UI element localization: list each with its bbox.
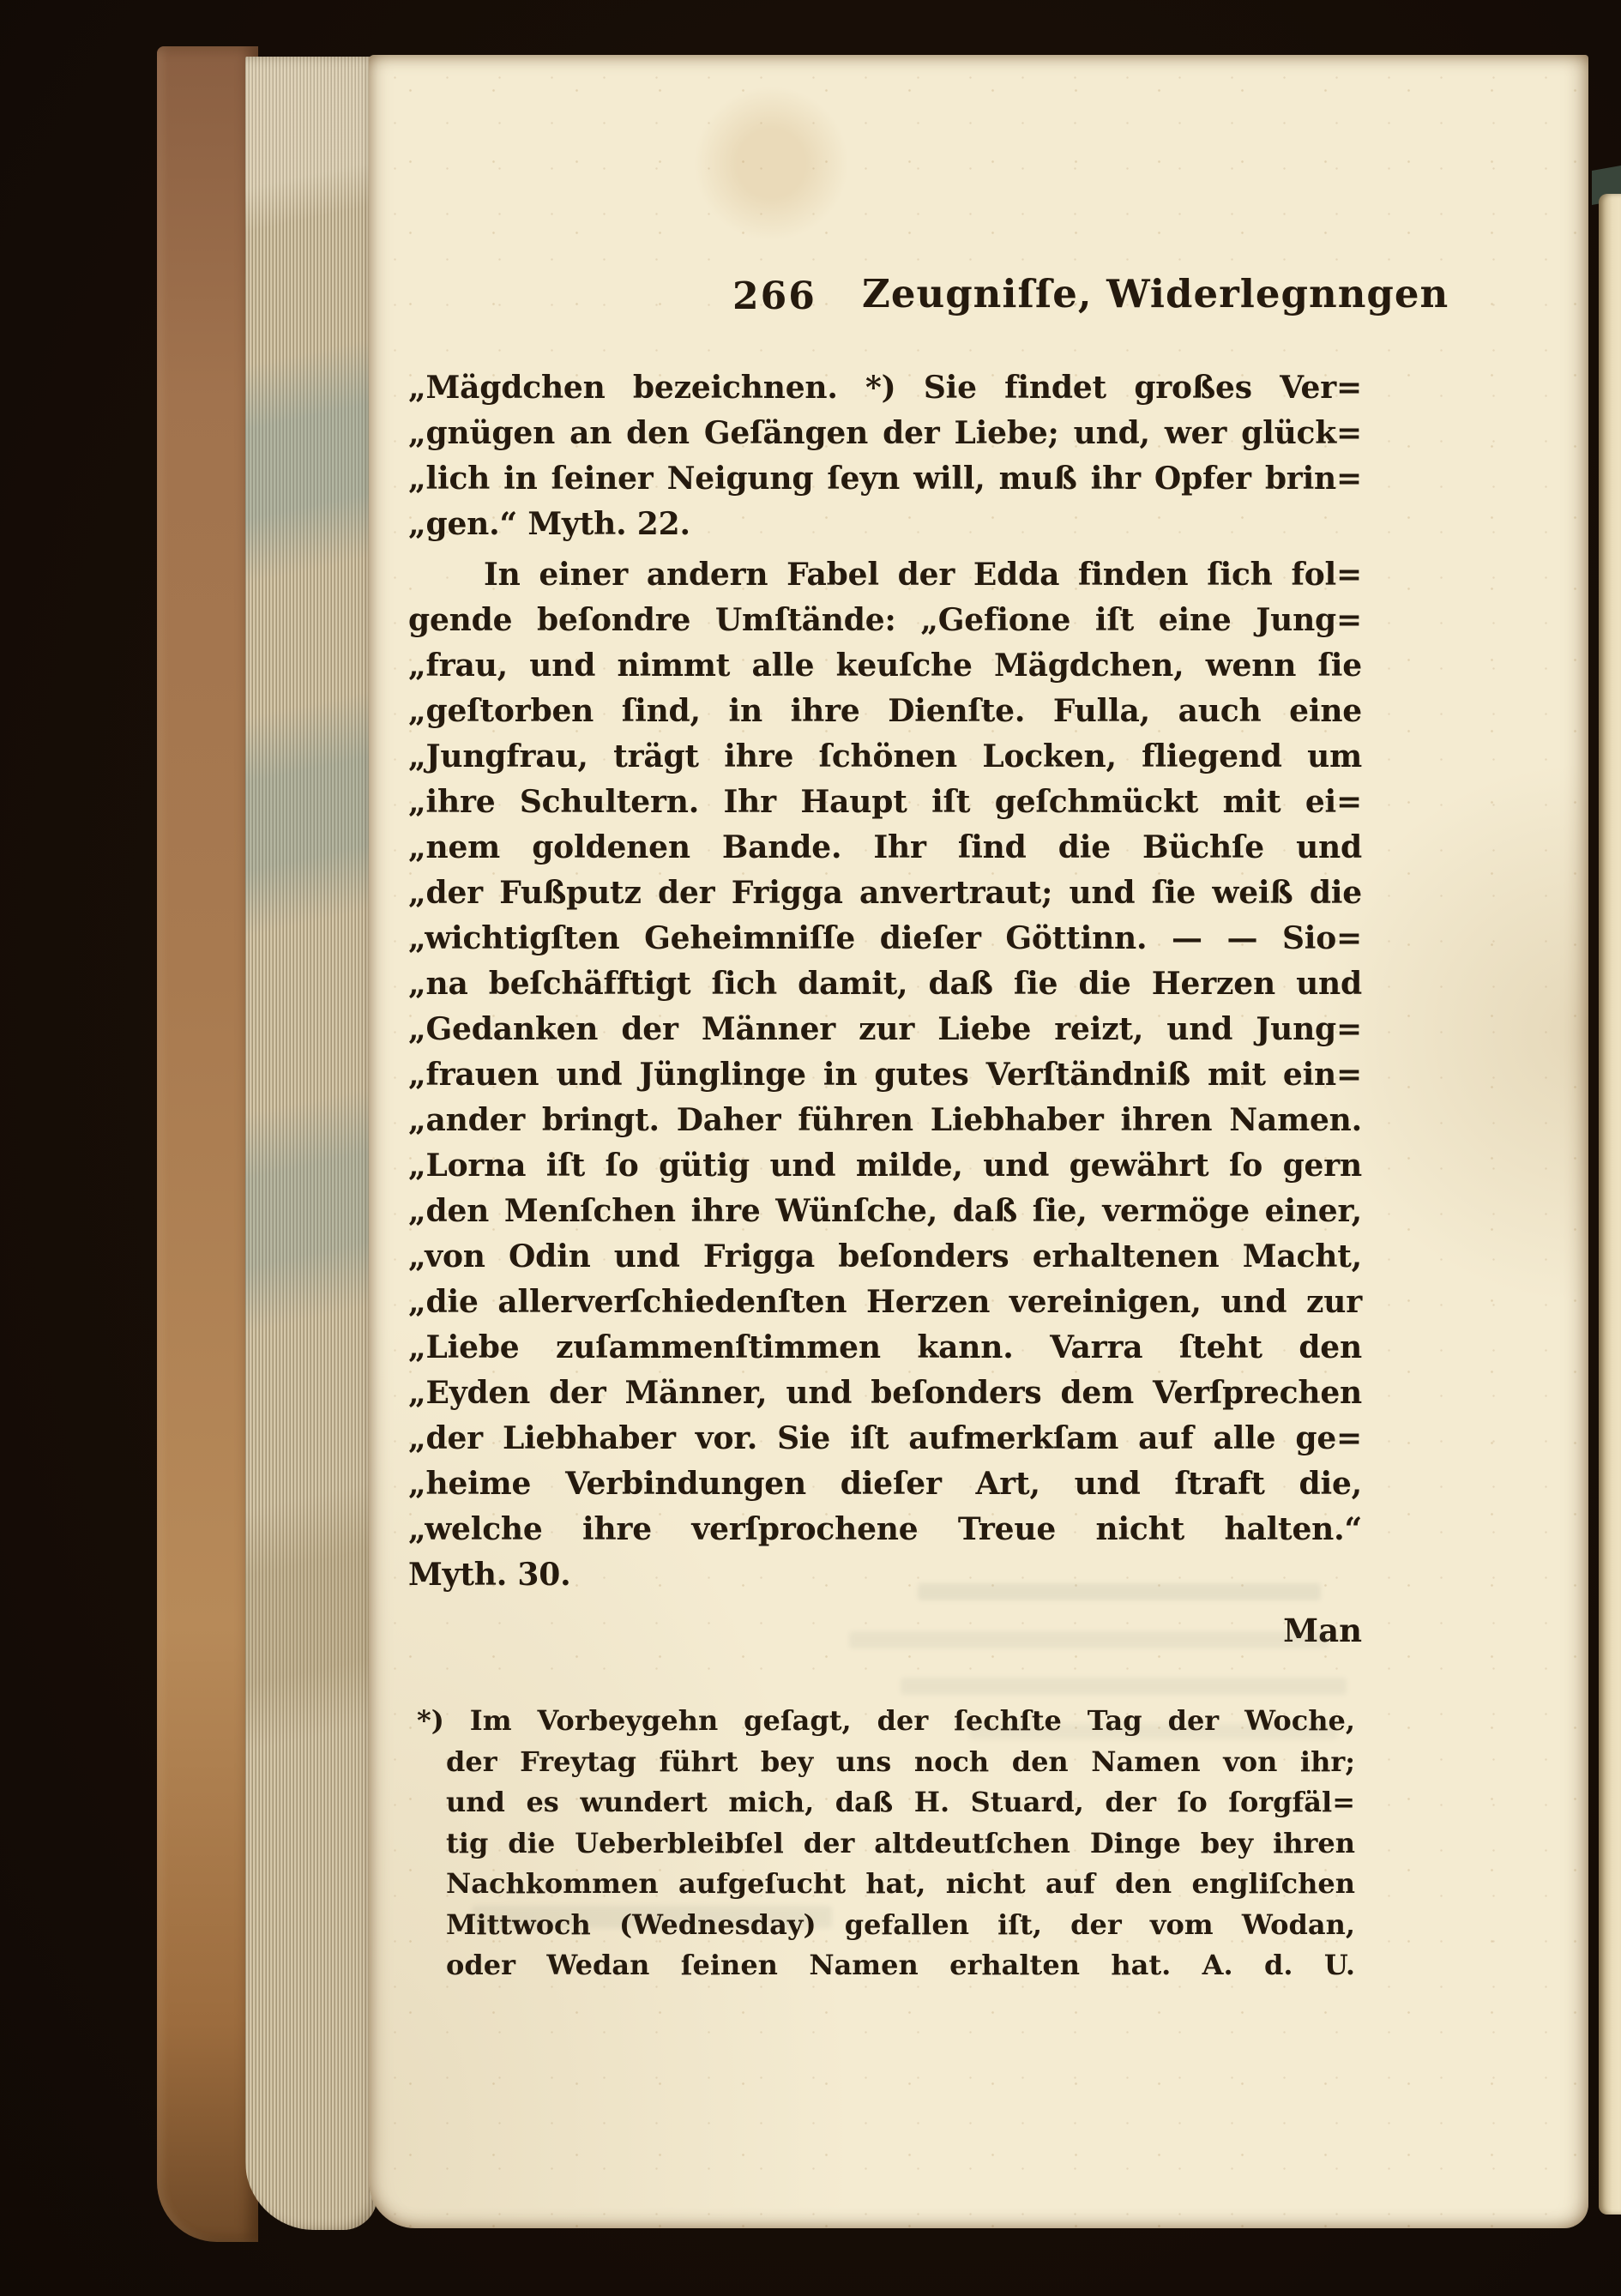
- running-title: Zeugniſſe, Widerlegnngen: [862, 271, 1449, 316]
- photograph-background: 266 Zeugniſſe, Widerlegnngen „Mägdchen b…: [0, 0, 1621, 2296]
- text-line: „welche ihre verſprochene Treue nicht ha…: [408, 1507, 1362, 1552]
- text-line: „der Liebhaber vor. Sie iſt aufmerkſam a…: [408, 1416, 1362, 1461]
- footnote-line: der Freytag führt bey uns noch den Namen…: [446, 1742, 1355, 1783]
- text-line: „nem goldenen Bande. Ihr ſind die Büchſe…: [408, 825, 1362, 871]
- book-fore-edge-pages: [245, 57, 377, 2230]
- bleed-through-ghost: [918, 1583, 1321, 1600]
- text-line: „von Odin und Frigga beſonders erhaltene…: [408, 1234, 1362, 1280]
- text-line: „na beſchäfftigt ſich damit, daß ſie die…: [408, 961, 1362, 1007]
- text-line: In einer andern Fabel der Edda finden ſi…: [408, 552, 1362, 598]
- text-line: „Liebe zuſammenſtimmen kann. Varra ſteht…: [408, 1325, 1362, 1371]
- text-line: „Lorna iſt ſo gütig und milde, und gewäh…: [408, 1143, 1362, 1189]
- text-line: „Mägdchen bezeichnen. *) Sie findet groß…: [408, 365, 1362, 411]
- bleed-through-ghost: [849, 1631, 1329, 1648]
- text-line: „den Menſchen ihre Wünſche, daß ſie, ver…: [408, 1189, 1362, 1234]
- footnote: *) Im Vorbeygehn geſagt, der ſechſte Tag…: [446, 1701, 1355, 1986]
- book-cover-edge: [157, 46, 258, 2242]
- text-line: „Jungfrau, trägt ihre ſchönen Locken, fl…: [408, 734, 1362, 780]
- text-line: „ihre Schultern. Ihr Haupt iſt geſchmück…: [408, 780, 1362, 825]
- text-line: „der Fußputz der Frigga anvertraut; und …: [408, 871, 1362, 916]
- footnote-line: oder Wedan ſeinen Namen erhalten hat. A.…: [446, 1945, 1355, 1986]
- text-line: „gnügen an den Geſängen der Liebe; und, …: [408, 411, 1362, 456]
- text-line: „die allerverſchiedenſten Herzen vereini…: [408, 1280, 1362, 1325]
- text-line: „heime Verbindungen dieſer Art, und ſtra…: [408, 1461, 1362, 1507]
- text-line: gende beſondre Umſtände: „Gefione iſt ei…: [408, 598, 1362, 643]
- page-number: 266: [732, 274, 817, 318]
- page-header: 266 Zeugniſſe, Widerlegnngen: [369, 274, 1588, 326]
- text-line: „ander bringt. Daher führen Liebhaber ih…: [408, 1098, 1362, 1143]
- adjacent-page-edge: [1599, 194, 1621, 2215]
- text-line: „wichtigſten Geheimniſſe dieſer Göttinn.…: [408, 916, 1362, 961]
- text-line: „gen.“ Myth. 22.: [408, 502, 1362, 547]
- text-line: „Eyden der Männer, und beſonders dem Ver…: [408, 1371, 1362, 1416]
- body-text: „Mägdchen bezeichnen. *) Sie findet groß…: [408, 365, 1362, 1598]
- footnote-line: Nachkommen aufgeſucht hat, nicht auf den…: [446, 1864, 1355, 1905]
- footnote-line: *) Im Vorbeygehn geſagt, der ſechſte Tag…: [417, 1701, 1355, 1742]
- text-line: „frau, und nimmt alle keuſche Mägdchen, …: [408, 643, 1362, 689]
- text-line: „Gedanken der Männer zur Liebe reizt, un…: [408, 1007, 1362, 1052]
- book-page: 266 Zeugniſſe, Widerlegnngen „Mägdchen b…: [369, 55, 1588, 2228]
- footnote-line: tig die Ueberbleibſel der altdeutſchen D…: [446, 1823, 1355, 1865]
- paragraph-quote-myth30: In einer andern Fabel der Edda finden ſi…: [408, 552, 1362, 1598]
- text-line: „frauen und Jünglinge in gutes Verſtändn…: [408, 1052, 1362, 1098]
- paragraph-quote-myth22: „Mägdchen bezeichnen. *) Sie findet groß…: [408, 365, 1362, 547]
- bleed-through-ghost: [901, 1678, 1347, 1695]
- text-line: „geſtorben ſind, in ihre Dienſte. Fulla,…: [408, 689, 1362, 734]
- footnote-line: und es wundert mich, daß H. Stuard, der …: [446, 1782, 1355, 1823]
- footnote-line: Mittwoch (Wednesday) gefallen iſt, der v…: [446, 1905, 1355, 1946]
- text-line: „lich in ſeiner Neigung ſeyn will, muß i…: [408, 456, 1362, 502]
